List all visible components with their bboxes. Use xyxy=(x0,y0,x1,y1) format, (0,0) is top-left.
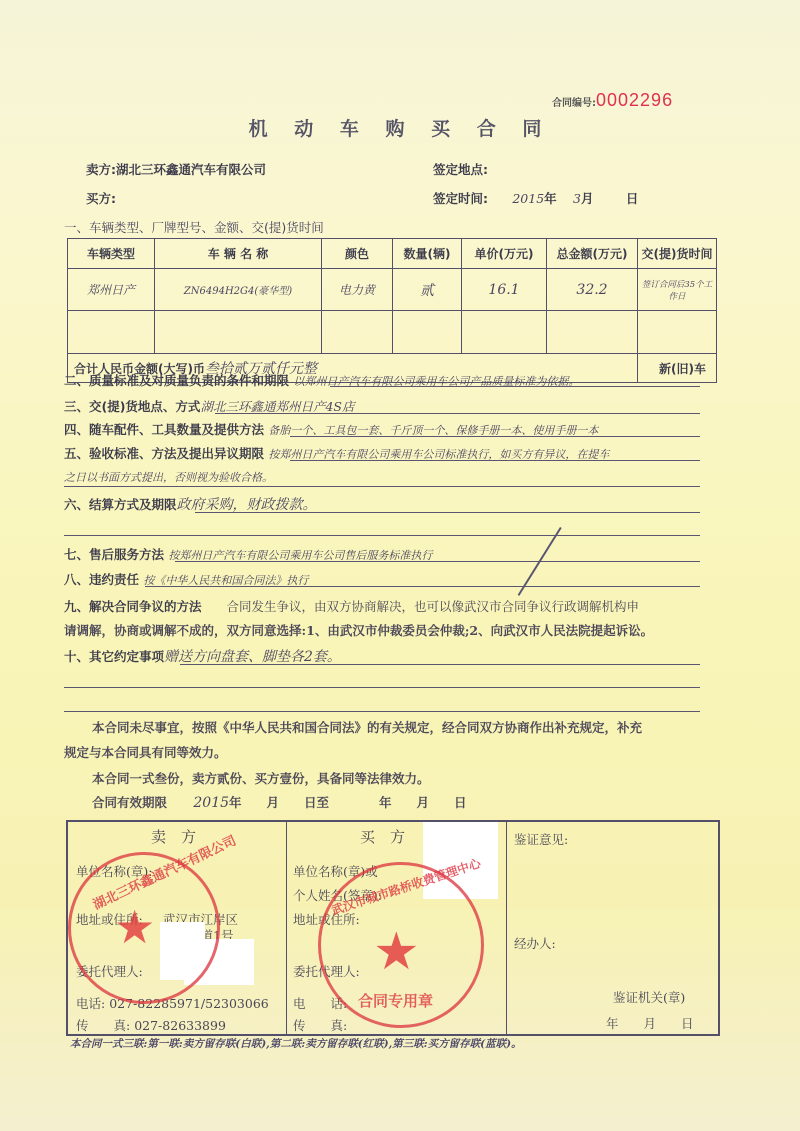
underline xyxy=(330,386,700,387)
closing-paragraph-1-cont: 规定与本合同具有同等效力。 xyxy=(64,743,227,761)
underline xyxy=(175,561,700,562)
verify-date-label: 年 月 日 xyxy=(606,1014,694,1032)
clause-label: 四、随车配件、工具数量及提供方法 xyxy=(64,422,264,437)
validity-period: 合同有效期限 2015年 月 日至 年 月 日 xyxy=(92,793,467,811)
sign-year: 2015 xyxy=(512,191,544,206)
month-unit: 月 xyxy=(581,191,594,206)
clause-label: 五、验收标准、方法及提出异议期限 xyxy=(64,446,264,461)
phone-label: 电话: xyxy=(76,996,105,1011)
underline xyxy=(180,664,700,665)
cell-qty: 贰 xyxy=(393,269,462,311)
section1-heading: 一、车辆类型、厂牌型号、金额、交(提)货时间 xyxy=(64,218,324,236)
underline xyxy=(64,535,700,536)
seller-fax: 传 真: 027-82633899 xyxy=(76,1016,226,1034)
empty-cell xyxy=(68,311,155,354)
clause-label: 八、违约责任 xyxy=(64,572,139,587)
seller-label: 卖方: xyxy=(86,162,116,177)
cell-unit-price: 16.1 xyxy=(462,269,547,311)
contract-number-value: 0002296 xyxy=(596,90,673,110)
empty-cell xyxy=(155,311,322,354)
clause-value: 湖北三环鑫通郑州日产4S店 xyxy=(200,399,354,414)
underline xyxy=(215,413,700,414)
verify-org-label: 鉴证机关(章) xyxy=(613,988,685,1006)
closing-paragraph-1: 本合同未尽事宜，按照《中华人民共和国合同法》的有关规定，经合同双方协商作出补充规… xyxy=(92,718,642,736)
clause-label: 二、质量标准及对质量负责的条件和期限 xyxy=(64,373,289,388)
cell-name: ZN6494H2G4(豪华型) xyxy=(155,269,322,311)
sign-place-label: 签定地点: xyxy=(433,162,488,177)
validity-label: 合同有效期限 xyxy=(92,795,167,810)
underline xyxy=(290,436,700,437)
underline xyxy=(145,586,700,587)
col-delivery-time: 交(提)货时间 xyxy=(638,239,717,269)
clause-label: 三、交(提)货地点、方式 xyxy=(64,399,200,414)
col-name: 车 辆 名 称 xyxy=(155,239,322,269)
sign-time-field: 签定时间: 2015年 3月 日 xyxy=(433,189,638,207)
day-unit: 日 xyxy=(626,191,639,206)
clause-value: 请调解，协商或调解不成的，双方同意选择:1、由武汉市仲裁委员会仲裁;2、向武汉市… xyxy=(64,623,653,638)
col-unit-price: 单价(万元) xyxy=(462,239,547,269)
signature-table: 卖 方 单位名称(章): 地址或住所: 武汉市江岸区 金桥大道1号 中环商贸城 … xyxy=(66,820,720,1036)
clause-value: 之日以书面方式提出，否则视为验收合格。 xyxy=(64,471,273,484)
empty-cell xyxy=(393,311,462,354)
underline xyxy=(290,460,700,461)
underline xyxy=(64,687,700,688)
copies-footnote: 本合同一式三联:第一联:卖方留存联(白联),第二联:卖方留存联(红联),第三联:… xyxy=(70,1036,522,1051)
clause-value: 合同发生争议，由双方协商解决，也可以像武汉市合同争议行政调解机构申 xyxy=(227,599,640,614)
cell-delivery-time: 签订合同后35个工作日 xyxy=(638,269,717,311)
verify-opinion-label: 鉴证意见: xyxy=(514,830,568,848)
cell-total: 32.2 xyxy=(547,269,638,311)
underline xyxy=(64,711,700,712)
buyer-title: 买 方 xyxy=(360,826,405,847)
sign-time-label: 签定时间: xyxy=(433,191,488,206)
empty-cell xyxy=(462,311,547,354)
buyer-stamp-sub: 合同专用章 xyxy=(358,990,433,1011)
contract-number: 合同编号:0002296 xyxy=(552,90,673,111)
closing-paragraph-2: 本合同一式叁份，卖方贰份、买方壹份，具备同等法律效力。 xyxy=(92,769,430,787)
seller-title: 卖 方 xyxy=(151,826,196,847)
buyer-field: 买方: xyxy=(86,189,116,207)
clause-9: 九、解决合同争议的方法 合同发生争议，由双方协商解决，也可以像武汉市合同争议行政… xyxy=(64,597,639,615)
buyer-fax-label: 传 真: xyxy=(293,1016,347,1034)
col-qty: 数量(辆) xyxy=(393,239,462,269)
clause-9-cont: 请调解，协商或调解不成的，双方同意选择:1、由武汉市仲裁委员会仲裁;2、向武汉市… xyxy=(64,621,653,639)
contract-number-label: 合同编号: xyxy=(552,98,596,109)
star-icon: ★ xyxy=(114,904,155,950)
sign-month: 3 xyxy=(573,191,581,206)
sign-place-field: 签定地点: xyxy=(433,160,488,178)
year-unit: 年 xyxy=(544,191,557,206)
clause-label: 七、售后服务方法 xyxy=(64,547,164,562)
clause-label: 十、其它约定事项 xyxy=(64,649,164,664)
underline xyxy=(195,512,700,513)
clause-value: 赠送方向盘套、脚垫各2套。 xyxy=(164,649,341,665)
empty-cell xyxy=(547,311,638,354)
clause-5-cont: 之日以书面方式提出，否则视为验收合格。 xyxy=(64,469,273,485)
seller-value: 湖北三环鑫通汽车有限公司 xyxy=(116,162,266,177)
document-title: 机 动 车 购 买 合 同 xyxy=(0,114,800,141)
empty-cell xyxy=(638,311,717,354)
clause-label: 六、结算方式及期限 xyxy=(64,497,177,512)
fax-value: 027-82633899 xyxy=(134,1018,226,1033)
validity-year: 2015 xyxy=(193,795,229,811)
verify-handler-label: 经办人: xyxy=(514,934,556,952)
clause-6: 六、结算方式及期限政府采购，财政拨款。 xyxy=(64,494,317,514)
table-header-row: 车辆类型 车 辆 名 称 颜色 数量(辆) 单价(万元) 总金额(万元) 交(提… xyxy=(68,239,717,269)
seller-field: 卖方:湖北三环鑫通汽车有限公司 xyxy=(86,160,266,178)
empty-cell xyxy=(322,311,393,354)
fax-label: 传 真: xyxy=(76,1018,130,1033)
table-row xyxy=(68,311,717,354)
star-icon: ★ xyxy=(373,926,420,978)
col-total: 总金额(万元) xyxy=(547,239,638,269)
vehicle-table: 车辆类型 车 辆 名 称 颜色 数量(辆) 单价(万元) 总金额(万元) 交(提… xyxy=(67,238,717,383)
clause-value: 政府采购，财政拨款。 xyxy=(177,497,317,513)
col-type: 车辆类型 xyxy=(68,239,155,269)
cell-color: 电力黄 xyxy=(322,269,393,311)
validity-dates: 年 月 日至 年 月 日 xyxy=(229,795,467,810)
col-color: 颜色 xyxy=(322,239,393,269)
cell-type: 郑州日产 xyxy=(68,269,155,311)
new-used-condition: 新(旧)车 xyxy=(638,354,717,383)
clause-label: 九、解决合同争议的方法 xyxy=(64,599,202,614)
underline xyxy=(64,486,700,487)
table-row: 郑州日产 ZN6494H2G4(豪华型) 电力黄 贰 16.1 32.2 签订合… xyxy=(68,269,717,311)
clause-10: 十、其它约定事项赠送方向盘套、脚垫各2套。 xyxy=(64,646,341,666)
buyer-label: 买方: xyxy=(86,191,116,206)
